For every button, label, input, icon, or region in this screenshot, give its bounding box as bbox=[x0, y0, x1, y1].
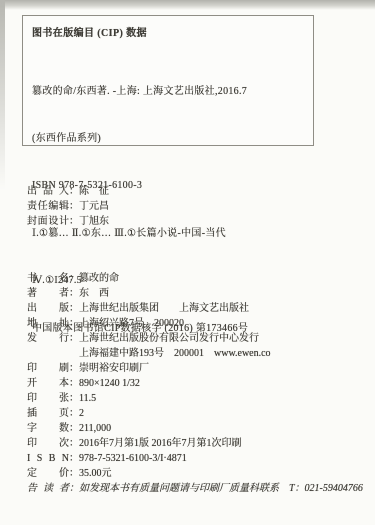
pub-row-author: 著者：东 西 bbox=[27, 286, 271, 301]
field-value: 篡改的命 bbox=[79, 273, 119, 284]
pub-row-sheets: 印张：11.5 bbox=[27, 391, 271, 406]
field-colon: ： bbox=[69, 376, 79, 391]
staff-row-editor: 责任编辑：丁元昌 bbox=[27, 199, 109, 214]
field-colon: ： bbox=[69, 451, 79, 466]
field-value: 11.5 bbox=[79, 393, 96, 404]
reader-notice: 告读者：如发现本书有质量问题请与印刷厂质量科联系 T：021-59404766 bbox=[27, 481, 363, 496]
pub-row-distributor: 发行：上海世纪出版股份有限公司发行中心发行 bbox=[27, 331, 271, 346]
cip-data-box: 图书在版编目 (CIP) 数据 篡改的命/东西著. -上海: 上海文艺出版社,2… bbox=[22, 15, 314, 146]
field-colon: ： bbox=[69, 421, 79, 436]
field-label: 字数 bbox=[27, 421, 69, 436]
staff-row-cover-designer: 封面设计：丁旭东 bbox=[27, 214, 109, 229]
pub-row-book-title: 书名：篡改的命 bbox=[27, 271, 271, 286]
field-value: 890×1240 1/32 bbox=[79, 378, 140, 389]
field-value: 崇明裕安印刷厂 bbox=[79, 363, 149, 374]
pub-row-address: 地址：上海绍兴路7号 200020 bbox=[27, 316, 271, 331]
field-label: I S B N bbox=[27, 451, 69, 466]
field-label: 插页 bbox=[27, 406, 69, 421]
field-label: 告读者 bbox=[27, 481, 69, 496]
field-label: 印刷 bbox=[27, 361, 69, 376]
field-value: 上海福建中路193号 200001 www.ewen.co bbox=[79, 348, 271, 359]
field-colon: ： bbox=[69, 466, 79, 481]
field-colon: ： bbox=[69, 271, 79, 286]
copyright-page: 图书在版编目 (CIP) 数据 篡改的命/东西著. -上海: 上海文艺出版社,2… bbox=[0, 0, 375, 525]
pub-row-inserts: 插页：2 bbox=[27, 406, 271, 421]
pub-row-publisher: 出版：上海世纪出版集团 上海文艺出版社 bbox=[27, 301, 271, 316]
pub-row-distributor-address: 上海福建中路193号 200001 www.ewen.co bbox=[27, 346, 271, 361]
staff-row-producer: 出品人：陈 征 bbox=[27, 184, 109, 199]
field-label: 出品人 bbox=[27, 184, 69, 199]
field-value: 丁旭东 bbox=[79, 216, 109, 227]
field-value: 上海世纪出版集团 上海文艺出版社 bbox=[79, 303, 249, 314]
field-label: 定价 bbox=[27, 466, 69, 481]
field-colon: ： bbox=[69, 199, 79, 214]
field-label: 出版 bbox=[27, 301, 69, 316]
field-label: 印张 bbox=[27, 391, 69, 406]
field-label: 著者 bbox=[27, 286, 69, 301]
field-colon: ： bbox=[69, 331, 79, 346]
field-colon: ： bbox=[69, 406, 79, 421]
field-label: 开本 bbox=[27, 376, 69, 391]
field-colon: ： bbox=[69, 184, 79, 199]
pub-row-print-run: 印次：2016年7月第1版 2016年7月第1次印刷 bbox=[27, 436, 271, 451]
field-label: 封面设计 bbox=[27, 214, 69, 229]
field-label: 责任编辑 bbox=[27, 199, 69, 214]
pub-row-price: 定价：35.00元 bbox=[27, 466, 271, 481]
scan-edge-top bbox=[0, 0, 375, 10]
field-colon: ： bbox=[69, 286, 79, 301]
field-value: 2016年7月第1版 2016年7月第1次印刷 bbox=[79, 438, 242, 449]
cip-title: 图书在版编目 (CIP) 数据 bbox=[32, 24, 147, 39]
cip-line-description: 篡改的命/东西著. -上海: 上海文艺出版社,2016.7 bbox=[32, 84, 248, 100]
field-label: 地址 bbox=[27, 316, 69, 331]
field-colon: ： bbox=[69, 361, 79, 376]
publication-block: 书名：篡改的命 著者：东 西 出版：上海世纪出版集团 上海文艺出版社 地址：上海… bbox=[27, 271, 271, 481]
field-value: 东 西 bbox=[79, 288, 109, 299]
field-value: 上海世纪出版股份有限公司发行中心发行 bbox=[79, 333, 259, 344]
field-label: 印次 bbox=[27, 436, 69, 451]
field-colon: ： bbox=[69, 391, 79, 406]
field-colon: ： bbox=[69, 436, 79, 451]
field-value: 如发现本书有质量问题请与印刷厂质量科联系 T：021-59404766 bbox=[79, 483, 363, 494]
field-value: 35.00元 bbox=[79, 468, 112, 479]
cip-line-series: (东西作品系列) bbox=[32, 131, 248, 147]
field-value: 978-7-5321-6100-3/I·4871 bbox=[79, 453, 187, 464]
field-colon: ： bbox=[69, 214, 79, 229]
pub-row-format: 开本：890×1240 1/32 bbox=[27, 376, 271, 391]
field-value: 2 bbox=[79, 408, 84, 419]
pub-row-isbn: I S B N：978-7-5321-6100-3/I·4871 bbox=[27, 451, 271, 466]
field-colon: ： bbox=[69, 301, 79, 316]
field-value: 211,000 bbox=[79, 423, 111, 434]
pub-row-printer: 印刷：崇明裕安印刷厂 bbox=[27, 361, 271, 376]
field-value: 陈 征 bbox=[79, 186, 109, 197]
field-value: 上海绍兴路7号 200020 bbox=[79, 318, 184, 329]
field-colon: ： bbox=[69, 316, 79, 331]
pub-row-word-count: 字数：211,000 bbox=[27, 421, 271, 436]
field-label: 书名 bbox=[27, 271, 69, 286]
scan-edge-left bbox=[0, 0, 5, 190]
field-colon: ： bbox=[69, 481, 79, 496]
staff-block: 出品人：陈 征 责任编辑：丁元昌 封面设计：丁旭东 bbox=[27, 184, 109, 230]
field-value: 丁元昌 bbox=[79, 201, 109, 212]
field-label: 发行 bbox=[27, 331, 69, 346]
